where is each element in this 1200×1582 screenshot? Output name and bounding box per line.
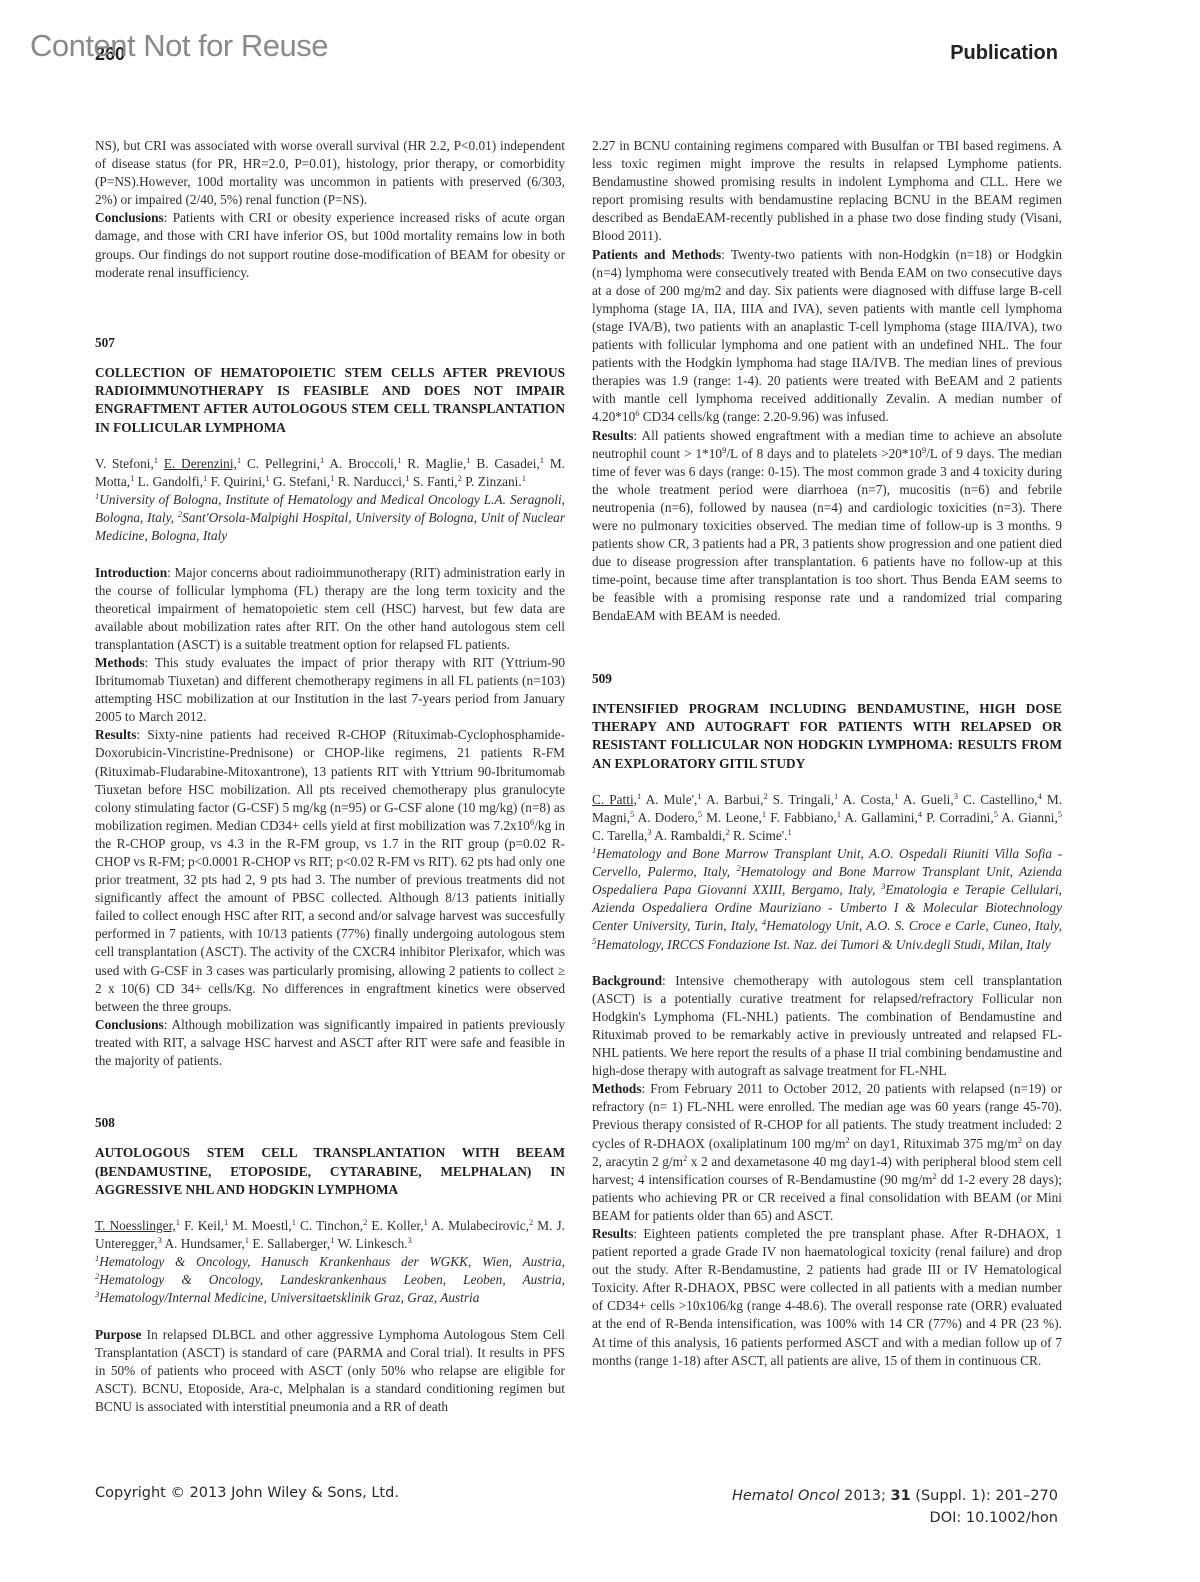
abstract-number: 508 (95, 1114, 565, 1132)
copyright-notice: Copyright © 2013 John Wiley & Sons, Ltd. (95, 1485, 399, 1501)
conclusions-label: Conclusions (95, 210, 164, 225)
purpose-paragraph: Purpose In relapsed DLBCL and other aggr… (95, 1326, 565, 1416)
affiliations: 1Hematology and Bone Marrow Transplant U… (592, 845, 1062, 954)
introduction-paragraph: Introduction: Major concerns about radio… (95, 564, 565, 654)
methods-paragraph: Methods: This study evaluates the impact… (95, 654, 565, 726)
abstract-number: 509 (592, 670, 1062, 688)
results-paragraph: Results: Sixty-nine patients had receive… (95, 726, 565, 1016)
left-column: NS), but CRI was associated with worse o… (95, 137, 565, 1416)
continuation-paragraph: NS), but CRI was associated with worse o… (95, 137, 565, 209)
continuation-paragraph: 2.27 in BCNU containing regimens compare… (592, 137, 1062, 246)
journal-name: Hematol Oncol (732, 1488, 840, 1504)
abstract-title: AUTOLOGOUS STEM CELL TRANSPLANTATION WIT… (95, 1144, 565, 1199)
presenting-author: T. Noesslinger, (95, 1218, 176, 1233)
author-list: C. Patti,1 A. Mule',1 A. Barbui,2 S. Tri… (592, 791, 1062, 845)
abstract-title: INTENSIFIED PROGRAM INCLUDING BENDAMUSTI… (592, 700, 1062, 773)
author-list: T. Noesslinger,1 F. Keil,1 M. Moestl,1 C… (95, 1217, 565, 1253)
presenting-author: C. Patti, (592, 792, 637, 807)
watermark: Content Not for Reuse (30, 28, 328, 64)
conclusions-paragraph: Conclusions: Although mobilization was s… (95, 1016, 565, 1070)
methods-paragraph: Patients and Methods: Twenty-two patient… (592, 246, 1062, 427)
volume: 31 (891, 1488, 911, 1504)
conclusions-paragraph: Conclusions: Patients with CRI or obesit… (95, 209, 565, 281)
doi: DOI: 10.1002/hon (732, 1507, 1058, 1529)
abstract-number: 507 (95, 334, 565, 352)
affiliations: 1Hematology & Oncology, Hanusch Krankenh… (95, 1253, 565, 1307)
abstract-508: 508 AUTOLOGOUS STEM CELL TRANSPLANTATION… (95, 1114, 565, 1416)
methods-paragraph: Methods: From February 2011 to October 2… (592, 1080, 1062, 1225)
author-list: V. Stefoni,1 E. Derenzini,1 C. Pellegrin… (95, 455, 565, 491)
abstract-507: 507 COLLECTION OF HEMATOPOIETIC STEM CEL… (95, 334, 565, 1070)
affiliations: 1University of Bologna, Institute of Hem… (95, 491, 565, 545)
background-paragraph: Background: Intensive chemotherapy with … (592, 972, 1062, 1081)
abstract-509: 509 INTENSIFIED PROGRAM INCLUDING BENDAM… (592, 670, 1062, 1370)
section-label: Publication (950, 42, 1058, 65)
abstract-title: COLLECTION OF HEMATOPOIETIC STEM CELLS A… (95, 364, 565, 437)
journal-citation: Hematol Oncol 2013; 31 (Suppl. 1): 201–2… (732, 1485, 1058, 1529)
results-paragraph: Results: All patients showed engraftment… (592, 427, 1062, 626)
results-paragraph: Results: Eighteen patients completed the… (592, 1225, 1062, 1370)
right-column: 2.27 in BCNU containing regimens compare… (592, 137, 1062, 1370)
presenting-author: E. Derenzini, (164, 456, 237, 471)
